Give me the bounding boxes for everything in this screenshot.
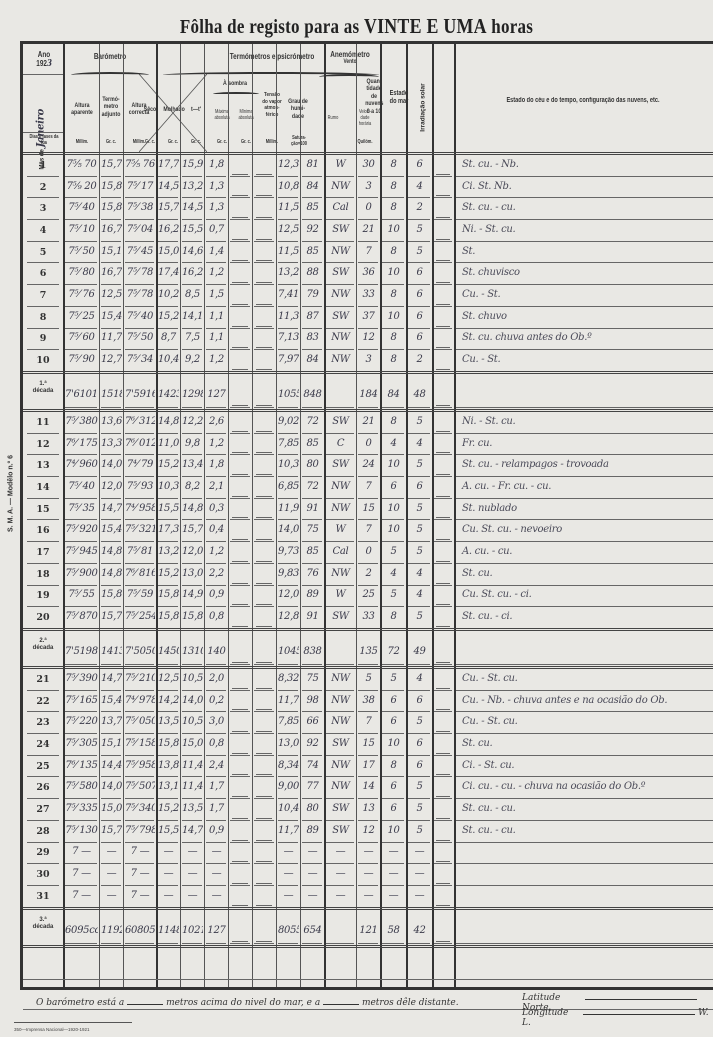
cell-tensao: 11,98: [278, 503, 299, 514]
row-divider: [278, 328, 298, 329]
cell-seco: 15,5: [158, 503, 179, 514]
cell-alt-ap: 7⁵⁄ 76: [65, 289, 98, 300]
day-number: 19: [23, 590, 63, 601]
row-divider: [158, 885, 178, 886]
row-divider: [456, 820, 713, 821]
row-divider: [65, 407, 97, 408]
cell-rumo: SW: [326, 267, 355, 278]
row-divider: [206, 262, 226, 263]
row-divider: [358, 798, 378, 799]
row-divider: [101, 863, 121, 864]
cell-hum: —: [302, 890, 323, 901]
row-divider: [206, 306, 226, 307]
row-divider: [206, 563, 226, 564]
cell-alt-corr: 7⁵⁄ 78: [125, 267, 155, 278]
row-divider: [158, 519, 178, 520]
row-divider: [278, 798, 298, 799]
row-divider: [101, 519, 121, 520]
cell-observation: St.: [462, 246, 475, 257]
row-divider: [254, 498, 274, 499]
row-divider: [65, 476, 97, 477]
empty-cell-line: [436, 905, 450, 906]
row-divider: [408, 328, 430, 329]
row-divider: [326, 284, 354, 285]
row-divider: [434, 454, 452, 455]
column-divider: [276, 44, 277, 987]
row-divider: [65, 820, 97, 821]
empty-cell-line: [232, 774, 248, 775]
cell-alt-corr: 7⁵⁄₅ 76: [125, 159, 155, 170]
empty-cell-line: [232, 174, 248, 175]
latitude-field[interactable]: [585, 999, 697, 1000]
row-divider: [456, 349, 713, 350]
row-divider: [326, 476, 354, 477]
row-divider: [358, 664, 378, 665]
day-number: 8: [23, 312, 63, 323]
cell-seco: 15,2: [158, 803, 179, 814]
row-divider: [326, 407, 354, 408]
row-divider: [358, 519, 378, 520]
row-divider: [278, 433, 298, 434]
cell-term: 13,7: [101, 716, 122, 727]
header-humidade: Grau de humi-dade: [288, 98, 309, 120]
cell-observation: St. cu. - cu.: [462, 202, 516, 213]
cell-alt-corr: 7⁵⁄ 507: [125, 781, 155, 792]
row-divider: [254, 407, 274, 408]
row-divider: [302, 541, 322, 542]
row-divider: [254, 541, 274, 542]
row-divider: [27, 284, 59, 285]
cell-alt-ap: 7 —: [65, 868, 98, 879]
empty-cell-line: [256, 326, 272, 327]
row-divider: [230, 541, 250, 542]
row-divider: [408, 433, 430, 434]
cell-alt-corr: 7⁵⁄ 050: [125, 716, 155, 727]
row-divider: [326, 842, 354, 843]
cell-diff: 1,1: [206, 311, 227, 322]
empty-cell-line: [256, 626, 272, 627]
cell-alt-ap: 7'51980: [65, 646, 98, 657]
row-divider: [125, 776, 154, 777]
cell-molhado: 9,8: [182, 438, 203, 449]
row-divider: [230, 328, 250, 329]
cell-molhado: 1021: [182, 925, 203, 936]
row-divider: [158, 349, 178, 350]
row-divider: [182, 842, 202, 843]
row-divider: [206, 519, 226, 520]
cell-molhado: 16,2: [182, 267, 203, 278]
cell-hum: 72: [302, 416, 323, 427]
cell-nuv: 10: [382, 224, 405, 235]
empty-cell-line: [232, 452, 248, 453]
cell-alt-ap: 7⁵⁄ 920: [65, 524, 98, 535]
empty-cell-line: [436, 731, 450, 732]
crossed-out-columns: [139, 74, 207, 152]
row-divider: [158, 407, 178, 408]
empty-cell-line: [436, 818, 450, 819]
row-divider: [382, 541, 404, 542]
row-divider: [158, 563, 178, 564]
empty-cell-line: [232, 217, 248, 218]
cell-molhado: 15,0: [182, 738, 203, 749]
cell-seco: 16,2: [158, 224, 179, 235]
row-divider: [408, 585, 430, 586]
cell-alt-corr: 7 —: [125, 846, 155, 857]
cell-tensao: 8,32: [278, 673, 299, 684]
title-prefix: Fôlha de registo para as: [180, 16, 360, 38]
cell-term: 15,0: [101, 803, 122, 814]
cell-vel: 30: [358, 159, 379, 170]
row-divider: [182, 690, 202, 691]
row-divider: [65, 433, 97, 434]
cell-molhado: 15,7: [182, 524, 203, 535]
day-number: 30: [23, 869, 63, 880]
cell-diff: 2,4: [206, 760, 227, 771]
cell-vel: 0: [358, 546, 379, 557]
row-divider: [456, 262, 713, 263]
row-divider: [382, 755, 404, 756]
row-divider: [125, 885, 154, 886]
cell-hum: 91: [302, 611, 323, 622]
empty-cell-line: [436, 561, 450, 562]
cell-observation: St. cu.: [462, 568, 492, 579]
row-divider: [65, 776, 97, 777]
cell-seco: 13,1: [158, 781, 179, 792]
cell-mar: 6: [408, 738, 431, 749]
row-divider: [254, 328, 274, 329]
row-divider: [27, 328, 59, 329]
row-divider: [182, 943, 202, 944]
empty-cell-line: [256, 941, 272, 942]
row-divider: [408, 842, 430, 843]
row-divider: [206, 690, 226, 691]
row-divider: [456, 755, 713, 756]
row-divider: [65, 176, 97, 177]
empty-cell-line: [232, 626, 248, 627]
empty-cell-line: [256, 818, 272, 819]
row-divider: [182, 541, 202, 542]
row-divider: [206, 349, 226, 350]
empty-cell-line: [256, 496, 272, 497]
empty-cell-line: [256, 905, 272, 906]
empty-cell-line: [256, 369, 272, 370]
row-divider: [158, 842, 178, 843]
row-divider: [326, 306, 354, 307]
cell-nuv: 8: [382, 354, 405, 365]
row-divider: [230, 306, 250, 307]
row-divider: [326, 519, 354, 520]
row-divider: [434, 943, 452, 944]
cell-vel: —: [358, 868, 379, 879]
row-divider: [65, 863, 97, 864]
row-divider: [158, 776, 178, 777]
cell-mar: 6: [408, 760, 431, 771]
row-divider: [182, 284, 202, 285]
empty-cell-line: [256, 517, 272, 518]
row-divider: [254, 820, 274, 821]
row-divider: [27, 219, 59, 220]
empty-cell-line: [436, 304, 450, 305]
empty-cell-line: [232, 840, 248, 841]
column-divider: [156, 44, 158, 987]
cell-rumo: Cal: [326, 546, 355, 557]
day-header: Dias e fases da lua: [29, 135, 59, 147]
row-divider: [382, 454, 404, 455]
cell-nuv: 8: [382, 202, 405, 213]
cell-diff: 127: [206, 925, 227, 936]
cell-observation: Ci. - St. cu.: [462, 760, 514, 771]
unit-label: Gr. c.: [212, 140, 233, 146]
empty-cell-line: [232, 561, 248, 562]
cell-term: 16,7: [101, 224, 122, 235]
unit-label: Satura-ção=100: [288, 136, 310, 148]
cell-observation: St. cu. - cu.: [462, 803, 516, 814]
table-row: 157⁵⁄ 3514,77⁴⁄ 95815,514,80,311,9891NW1…: [23, 500, 713, 522]
cell-observation: Ni. - St. cu.: [462, 224, 515, 235]
cell-molhado: 14,8: [182, 503, 203, 514]
cell-mar: 5: [408, 781, 431, 792]
cell-alt-corr: 7⁵⁄ 158: [125, 738, 155, 749]
empty-cell-line: [256, 539, 272, 540]
row-divider: [158, 262, 178, 263]
row-divider: [254, 690, 274, 691]
table-row: 127⁶⁄ 17513,37⁶⁄ 01211,09,81,27,8585C044…: [23, 435, 713, 457]
cell-diff: 2,1: [206, 481, 227, 492]
cell-diff: 0,7: [206, 224, 227, 235]
row-divider: [408, 241, 430, 242]
distance-field[interactable]: [323, 1004, 359, 1005]
longitude-field[interactable]: [583, 1014, 695, 1015]
row-divider: [27, 433, 59, 434]
empty-cell-line: [256, 604, 272, 605]
row-divider: [65, 885, 97, 886]
day-number: 11: [23, 417, 63, 428]
cell-mar: 42: [408, 925, 431, 936]
row-divider: [302, 476, 322, 477]
cell-nuv: 10: [382, 311, 405, 322]
row-divider: [206, 454, 226, 455]
row-divider: [254, 306, 274, 307]
cell-seco: 11,0: [158, 438, 179, 449]
row-divider: [358, 842, 378, 843]
cell-term: 15,8: [101, 181, 122, 192]
cell-mar: 5: [408, 716, 431, 727]
row-divider: [382, 776, 404, 777]
row-divider: [23, 907, 713, 910]
cell-alt-corr: 608059: [125, 925, 155, 936]
row-divider: [278, 776, 298, 777]
row-divider: [230, 711, 250, 712]
cell-mar: —: [408, 890, 431, 901]
cell-hum: 81: [302, 159, 323, 170]
day-number: 25: [23, 761, 63, 772]
cell-alt-corr: 7'50507: [125, 646, 155, 657]
empty-cell-line: [436, 774, 450, 775]
empty-cell-line: [436, 239, 450, 240]
cell-alt-corr: 7⁵⁄ 17: [125, 181, 155, 192]
cell-nuv: 6: [382, 716, 405, 727]
row-divider: [456, 541, 713, 542]
cell-hum: 85: [302, 546, 323, 557]
row-divider: [182, 476, 202, 477]
divider: [14, 1022, 132, 1023]
cell-alt-ap: 7⁵⁄ 90: [65, 354, 98, 365]
row-divider: [158, 943, 178, 944]
row-divider: [101, 407, 121, 408]
row-divider: [27, 820, 59, 821]
cell-rumo: —: [326, 868, 355, 879]
row-divider: [158, 690, 178, 691]
empty-cell-line: [256, 583, 272, 584]
cell-nuv: 8: [382, 760, 405, 771]
row-divider: [358, 585, 378, 586]
cell-seco: —: [158, 868, 179, 879]
cell-diff: 0,2: [206, 695, 227, 706]
row-divider: [456, 197, 713, 198]
cell-hum: 92: [302, 224, 323, 235]
row-divider: [101, 284, 121, 285]
cell-diff: 1,8: [206, 159, 227, 170]
cell-observation: St. cu. - ci.: [462, 611, 512, 622]
cell-nuv: 8: [382, 246, 405, 257]
row-divider: [158, 328, 178, 329]
cell-molhado: 15,9: [182, 159, 203, 170]
cell-observation: Cu. - St.: [462, 354, 500, 365]
row-divider: [358, 606, 378, 607]
table-row: 177⁵⁄ 94514,87⁵⁄ 8113,212,01,29,7385Cal0…: [23, 543, 713, 565]
cell-alt-ap: 7⁵⁄ 35: [65, 503, 98, 514]
row-divider: [278, 176, 298, 177]
row-divider: [206, 755, 226, 756]
row-divider: [456, 498, 713, 499]
cell-alt-ap: 7⁵⁄ 50: [65, 246, 98, 257]
cell-mar: 4: [408, 568, 431, 579]
row-divider: [230, 498, 250, 499]
row-divider: [302, 885, 322, 886]
row-divider: [230, 349, 250, 350]
row-divider: [434, 842, 452, 843]
row-divider: [408, 476, 430, 477]
row-divider: [182, 328, 202, 329]
row-divider: [278, 541, 298, 542]
row-divider: [358, 863, 378, 864]
cell-nuv: 58: [382, 925, 405, 936]
row-divider: [158, 284, 178, 285]
row-divider: [158, 733, 178, 734]
cell-term: 15,4: [101, 695, 122, 706]
cell-vel: —: [358, 890, 379, 901]
table-row: 147⁵⁄ 4012,07⁵⁄ 9310,38,22,16,8572NW766A…: [23, 478, 713, 500]
row-divider: [101, 755, 121, 756]
cell-alt-ap: 7⁵⁄ 55: [65, 589, 98, 600]
empty-cell-line: [436, 883, 450, 884]
row-divider: [358, 690, 378, 691]
row-divider: [302, 349, 322, 350]
column-divider: [300, 44, 301, 987]
row-divider: [125, 820, 154, 821]
row-divider: [101, 943, 121, 944]
cell-vel: 135: [358, 646, 379, 657]
row-divider: [278, 885, 298, 886]
cell-hum: 77: [302, 781, 323, 792]
row-divider: [456, 711, 713, 712]
row-divider: [358, 541, 378, 542]
row-divider: [230, 842, 250, 843]
row-divider: [456, 885, 713, 886]
row-divider: [302, 328, 322, 329]
cell-rumo: —: [326, 846, 355, 857]
row-divider: [434, 407, 452, 408]
cell-hum: —: [302, 846, 323, 857]
cell-vel: 5: [358, 673, 379, 684]
empty-cell-line: [232, 818, 248, 819]
day-number: 28: [23, 826, 63, 837]
row-divider: [158, 755, 178, 756]
cell-nuv: 5: [382, 589, 405, 600]
cell-molhado: 13,4: [182, 459, 203, 470]
row-divider: [230, 563, 250, 564]
table-row: 67⁵⁄ 8016,77⁵⁄ 7817,416,21,213,2588SW361…: [23, 265, 713, 287]
row-divider: [27, 197, 59, 198]
cell-observation: St. cu.: [462, 738, 492, 749]
cell-diff: 0,9: [206, 589, 227, 600]
table-row: 17⁵⁄₅ 7015,77⁵⁄₅ 7617,715,91,812,3281W30…: [23, 156, 713, 178]
cell-molhado: 15,8: [182, 611, 203, 622]
table-row: 317 ——7 ——————————: [23, 887, 713, 909]
table-row: 117⁵⁄ 38013,67⁶⁄ 31214,812,22,69,0272SW2…: [23, 413, 713, 435]
cell-seco: 10,4: [158, 354, 179, 365]
row-divider: [434, 755, 452, 756]
column-divider: [123, 44, 124, 987]
cell-diff: 1,3: [206, 202, 227, 213]
cell-diff: 1,3: [206, 181, 227, 192]
row-divider: [101, 885, 121, 886]
row-divider: [206, 664, 226, 665]
row-divider: [125, 219, 154, 220]
empty-cell-line: [232, 282, 248, 283]
row-divider: [434, 328, 452, 329]
row-divider: [302, 690, 322, 691]
cell-hum: 75: [302, 524, 323, 535]
row-divider: [182, 498, 202, 499]
cell-hum: 80: [302, 459, 323, 470]
empty-cell-line: [256, 217, 272, 218]
row-divider: [326, 585, 354, 586]
cell-seco: 15,2: [158, 311, 179, 322]
cell-seco: 15,2: [158, 568, 179, 579]
row-divider: [65, 284, 97, 285]
cell-seco: 15,7: [158, 202, 179, 213]
empty-cell-line: [436, 753, 450, 754]
row-divider: [254, 262, 274, 263]
row-divider: [434, 863, 452, 864]
row-divider: [302, 407, 322, 408]
row-divider: [456, 842, 713, 843]
cell-nuv: 8: [382, 416, 405, 427]
cell-rumo: W: [326, 589, 355, 600]
cell-alt-ap: 7⁵⁄ 390: [65, 673, 98, 684]
row-divider: [206, 776, 226, 777]
decade-summary-row: 3.ªdécada6095co1192608059114810211278055…: [23, 909, 713, 945]
cell-mar: 6: [408, 289, 431, 300]
cell-alt-corr: 7⁴⁄ 958: [125, 503, 155, 514]
cell-alt-ap: 7⁵⁄ 870: [65, 611, 98, 622]
altitude-field[interactable]: [127, 1004, 163, 1005]
row-divider: [254, 798, 274, 799]
cell-diff: 3,0: [206, 716, 227, 727]
row-divider: [230, 176, 250, 177]
row-divider: [278, 820, 298, 821]
